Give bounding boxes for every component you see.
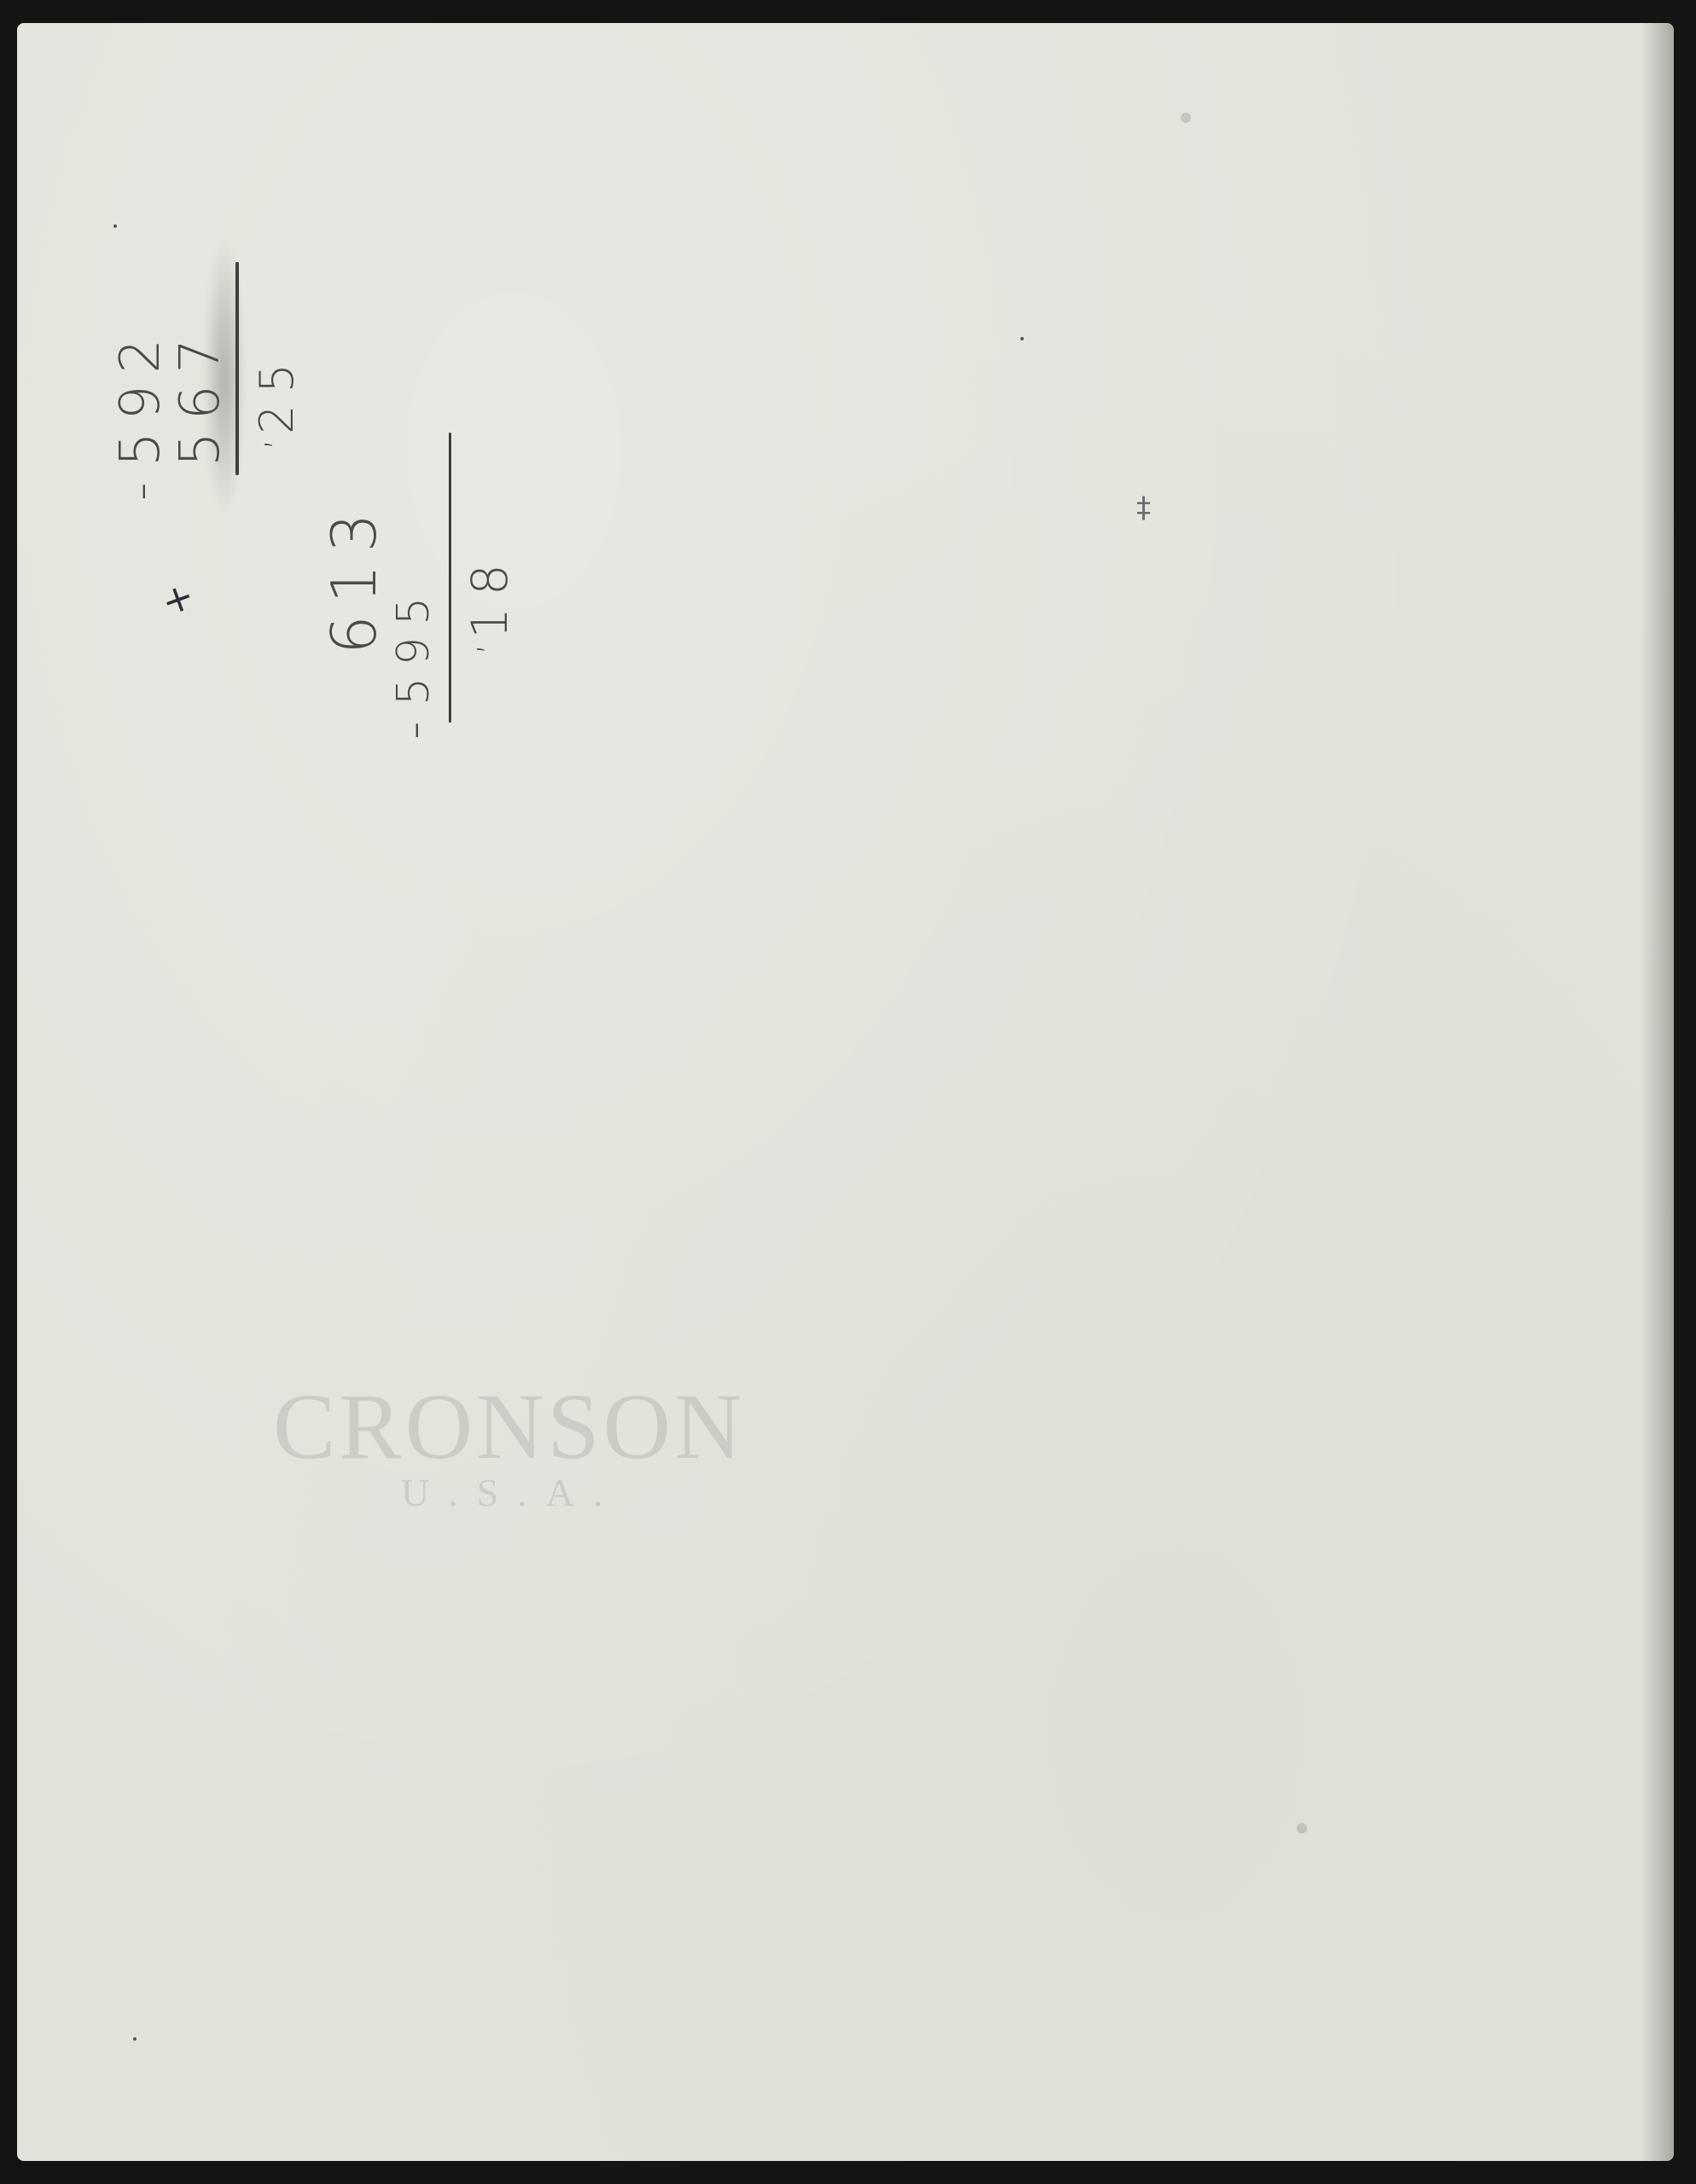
ink-dot: [1020, 337, 1024, 340]
paper-watermark: CRONSON U.S.A.: [273, 1380, 746, 1513]
subtrahend-row: - 595: [384, 398, 444, 740]
subtrahend-row: 567: [171, 219, 230, 501]
watermark-brand: CRONSON: [273, 1380, 746, 1473]
minuend-row: 613: [324, 398, 384, 740]
ink-dot: [1181, 113, 1191, 123]
subtrahend: 567: [173, 327, 228, 467]
minuend-row: - 592: [111, 219, 171, 501]
result-tick: ’: [471, 644, 508, 654]
minuend: 592: [113, 327, 168, 467]
result-row: ’ 18: [460, 398, 520, 740]
margin-mark: ‡: [1136, 491, 1151, 525]
minus-sign: -: [115, 467, 166, 501]
ink-dot: [133, 2037, 136, 2041]
result-row: ’ 25: [247, 219, 307, 501]
watermark-origin: U.S.A.: [401, 1473, 746, 1513]
subtrahend: 595: [392, 585, 436, 706]
minuend: 613: [323, 502, 385, 654]
result: 18: [465, 552, 514, 639]
ink-dot: [113, 224, 117, 228]
calculation-1: - 592 567 ’ 25: [111, 219, 307, 501]
calculation-2: 613 - 595 ’ 18: [324, 398, 520, 740]
sum-rule: [449, 433, 451, 723]
sum-rule: [235, 262, 239, 475]
minus-sign: -: [388, 706, 439, 740]
ink-dot: [1297, 1823, 1307, 1833]
cross-mark: +: [155, 573, 200, 625]
result: 25: [254, 351, 300, 434]
page-edge-shadow: [1640, 23, 1674, 2161]
result-tick: ’: [258, 439, 296, 450]
paper-sheet: - 592 567 ’ 25 613 - 595 ’ 18 + ‡ CRONS: [17, 23, 1674, 2161]
